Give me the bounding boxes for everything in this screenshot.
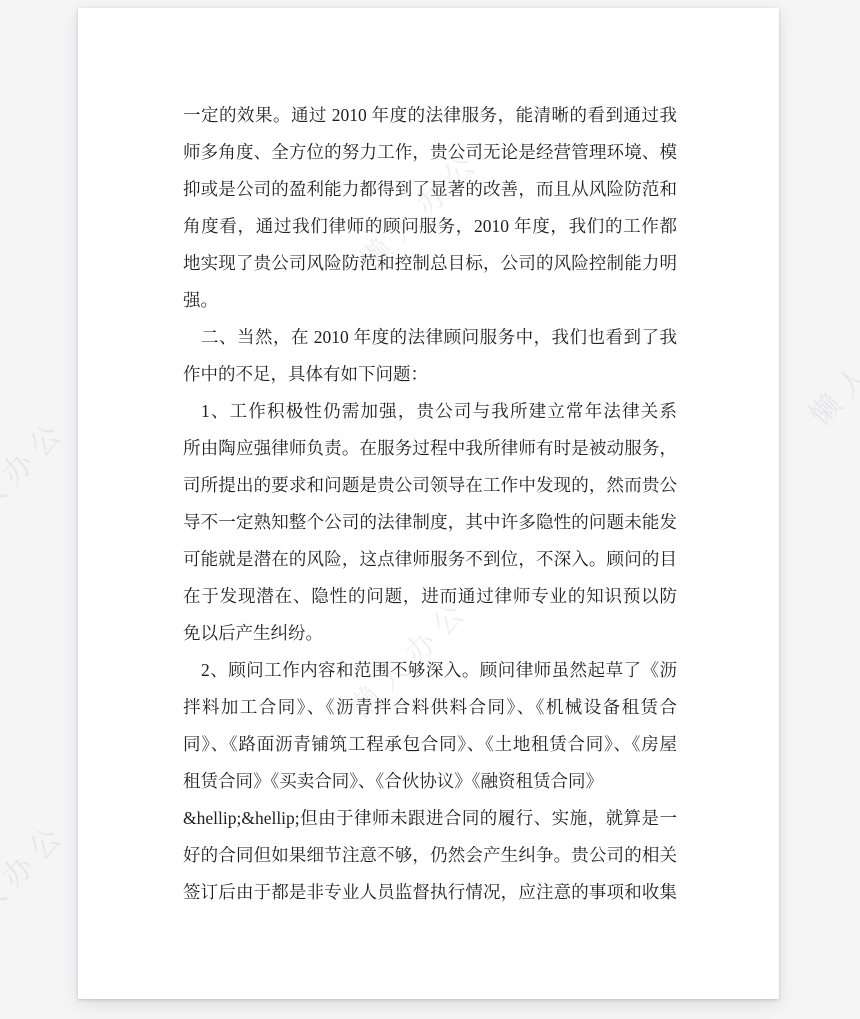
- text-line: 拌料加工合同》、《沥青拌合料供料合同》、《机械设备租赁合: [183, 689, 677, 726]
- text-line: 司所提出的要求和问题是贵公司领导在工作中发现的，然而贵公司领: [183, 467, 677, 504]
- text-line: 1、工作积极性仍需加强，贵公司与我所建立常年法律关系后，我: [183, 393, 677, 430]
- document-viewer: 一定的效果。通过 2010 年度的法律服务，能清晰的看到通过我们律师多角度、全方…: [0, 0, 860, 1019]
- text-line: 租赁合同》《买卖合同》、《合伙协议》《融资租赁合同》: [183, 763, 677, 800]
- text-line: &hellip;&hellip;但由于律师未跟进合同的履行、实施，就算是一份: [183, 800, 677, 837]
- text-line: 抑或是公司的盈利能力都得到了显著的改善，而且从风险防范和控制: [183, 171, 677, 208]
- text-line: 师多角度、全方位的努力工作，贵公司无论是经营管理环境、模式，: [183, 134, 677, 171]
- watermark-text: 懒人办公: [0, 809, 76, 950]
- watermark-text: 懒人办公: [797, 292, 860, 433]
- text-line: 作中的不足，具体有如下问题：: [183, 356, 677, 393]
- text-line: 地实现了贵公司风险防范和控制总目标，公司的风险控制能力明显增: [183, 245, 677, 282]
- text-line: 导不一定熟知整个公司的法律制度，其中许多隐性的问题未能发现，: [183, 504, 677, 541]
- text-line: 同》、《路面沥青铺筑工程承包合同》、《土地租赁合同》、《房屋: [183, 726, 677, 763]
- text-line: 所由陶应强律师负责。在服务过程中我所律师有时是被动服务，贵公: [183, 430, 677, 467]
- text-line: 二、当然，在 2010 年度的法律顾问服务中，我们也看到了我们工: [183, 319, 677, 356]
- text-line: 强。: [183, 282, 677, 319]
- document-content: 一定的效果。通过 2010 年度的法律服务，能清晰的看到通过我们律师多角度、全方…: [183, 97, 677, 911]
- text-line: 可能就是潜在的风险，这点律师服务不到位，不深入。顾问的目的就: [183, 541, 677, 578]
- text-line: 一定的效果。通过 2010 年度的法律服务，能清晰的看到通过我们律: [183, 97, 677, 134]
- text-line: 好的合同但如果细节注意不够，仍然会产生纠争。贵公司的相关合同: [183, 837, 677, 874]
- document-page: 一定的效果。通过 2010 年度的法律服务，能清晰的看到通过我们律师多角度、全方…: [78, 8, 779, 999]
- text-line: 在于发现潜在、隐性的问题，进而通过律师专业的知识预以防范，避: [183, 578, 677, 615]
- text-line: 角度看，通过我们律师的顾问服务，2010 年度，我们的工作都有效: [183, 208, 677, 245]
- text-line: 签订后由于都是非专业人员监督执行情况，应注意的事项和收集的信: [183, 874, 677, 911]
- text-line: 免以后产生纠纷。: [183, 615, 677, 652]
- watermark-text: 懒人办公: [0, 406, 76, 547]
- text-line: 2、顾问工作内容和范围不够深入。顾问律师虽然起草了《沥青搅: [183, 652, 677, 689]
